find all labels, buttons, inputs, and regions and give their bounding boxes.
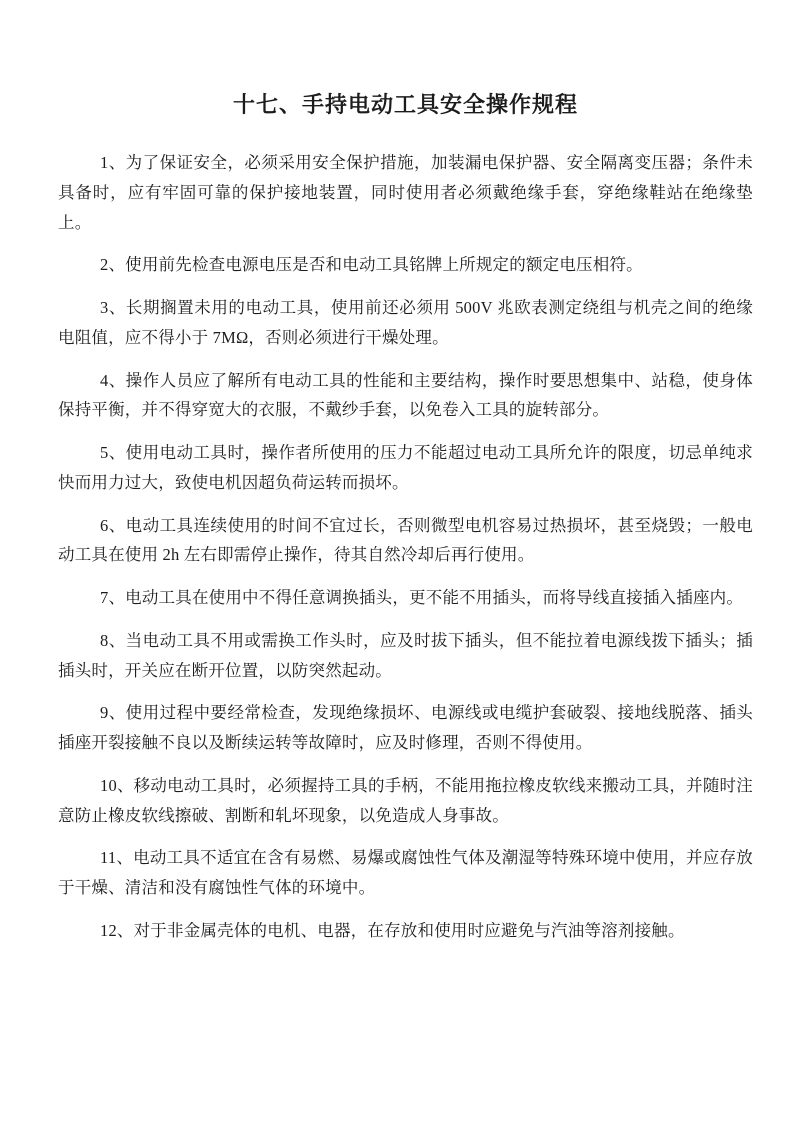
paragraph: 10、移动电动工具时，必须握持工具的手柄，不能用拖拉橡皮软线来搬动工具，并随时注… [58,771,753,831]
paragraph: 4、操作人员应了解所有电动工具的性能和主要结构，操作时要思想集中、站稳，使身体保… [58,366,753,426]
paragraph: 8、当电动工具不用或需换工作头时，应及时拔下插头，但不能拉着电源线拨下插头；插插… [58,626,753,686]
paragraph: 1、为了保证安全，必须采用安全保护措施，加装漏电保护器、安全隔离变压器；条件未具… [58,148,753,237]
paragraph: 9、使用过程中要经常检查，发现绝缘损坏、电源线或电缆护套破裂、接地线脱落、插头插… [58,698,753,758]
paragraph: 5、使用电动工具时，操作者所使用的压力不能超过电动工具所允许的限度，切忌单纯求快… [58,438,753,498]
page-title: 十七、手持电动工具安全操作规程 [58,88,753,122]
paragraph: 3、长期搁置未用的电动工具，使用前还必须用 500V 兆欧表测定绕组与机壳之间的… [58,293,753,353]
paragraph: 11、电动工具不适宜在含有易燃、易爆或腐蚀性气体及潮湿等特殊环境中使用，并应存放… [58,843,753,903]
paragraph: 7、电动工具在使用中不得任意调换插头，更不能不用插头，而将导线直接插入插座内。 [58,583,753,613]
paragraph: 6、电动工具连续使用的时间不宜过长，否则微型电机容易过热损坏，甚至烧毁；一般电动… [58,511,753,571]
paragraph: 2、使用前先检查电源电压是否和电动工具铭牌上所规定的额定电压相符。 [58,250,753,280]
document-page: 十七、手持电动工具安全操作规程 1、为了保证安全，必须采用安全保护措施，加装漏电… [0,0,793,1122]
document-body: 1、为了保证安全，必须采用安全保护措施，加装漏电保护器、安全隔离变压器；条件未具… [58,148,753,946]
paragraph: 12、对于非金属壳体的电机、电器，在存放和使用时应避免与汽油等溶剂接触。 [58,916,753,946]
